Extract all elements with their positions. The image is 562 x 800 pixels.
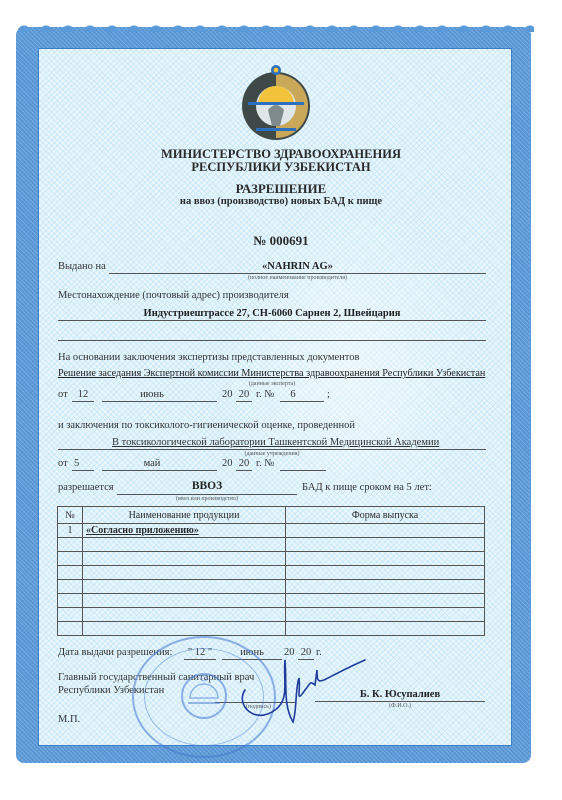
toxicology-label: и заключения по токсиколого-гигиеническо… bbox=[58, 420, 355, 431]
cell-number bbox=[58, 622, 83, 636]
toxicology-line bbox=[58, 449, 486, 450]
cell-number bbox=[58, 538, 83, 552]
expertise-caption: (данные эксперта) bbox=[58, 381, 486, 387]
cell-release-form bbox=[286, 594, 485, 608]
cell-release-form bbox=[286, 608, 485, 622]
expertise-month: июнь bbox=[102, 389, 202, 400]
cell-release-form bbox=[286, 538, 485, 552]
cell-product-name: «Согласно приложению» bbox=[83, 524, 286, 538]
toxicology-month-line bbox=[102, 470, 217, 471]
cell-release-form bbox=[286, 524, 485, 538]
toxicology-month: май bbox=[102, 458, 202, 469]
permission-caption: (ввоз или производство) bbox=[117, 496, 297, 502]
stamp-emblem-icon bbox=[176, 668, 232, 724]
expertise-month-line bbox=[102, 401, 217, 402]
products-table: № Наименование продукции Форма выпуска 1… bbox=[57, 506, 485, 636]
table-row: 1«Согласно приложению» bbox=[58, 524, 485, 538]
table-header-row: № Наименование продукции Форма выпуска bbox=[58, 507, 485, 524]
expertise-year: 20 bbox=[236, 389, 252, 400]
permission-label: разрешается bbox=[58, 482, 114, 493]
cell-number bbox=[58, 608, 83, 622]
issued-to-caption: (полное наименование производителя) bbox=[109, 275, 486, 281]
toxicology-year: 20 bbox=[236, 458, 252, 469]
cell-product-name bbox=[83, 580, 286, 594]
address-value: Индустриештрассе 27, CH-6060 Сарнен 2, Ш… bbox=[58, 308, 486, 319]
expertise-end: ; bbox=[327, 389, 330, 400]
cell-number bbox=[58, 594, 83, 608]
permission-value: ВВОЗ bbox=[117, 480, 297, 492]
expertise-day-line bbox=[72, 401, 94, 402]
expertise-value: Решение заседания Экспертной комиссии Ми… bbox=[58, 368, 485, 379]
ministry-name-line2: РЕСПУБЛИКИ УЗБЕКИСТАН bbox=[0, 160, 562, 175]
issued-to-value: «NAHRIN AG» bbox=[109, 261, 486, 272]
table-row bbox=[58, 608, 485, 622]
cell-number bbox=[58, 580, 83, 594]
toxicology-day-line bbox=[72, 470, 94, 471]
seal-label: М.П. bbox=[58, 714, 80, 725]
expertise-number: 6 bbox=[280, 389, 306, 400]
cell-number: 1 bbox=[58, 524, 83, 538]
permission-suffix: БАД к пище сроком на 5 лет: bbox=[302, 482, 432, 493]
expertise-number-label: г. № bbox=[256, 389, 274, 400]
address-label: Местонахождение (почтовый адрес) произво… bbox=[58, 290, 289, 301]
state-emblem-icon bbox=[234, 60, 318, 144]
table-row bbox=[58, 622, 485, 636]
column-header-number: № bbox=[58, 507, 83, 524]
cell-product-name bbox=[83, 622, 286, 636]
document-subtitle: на ввоз (производство) новых БАД к пище bbox=[0, 196, 562, 207]
expertise-date-prefix: от bbox=[58, 389, 68, 400]
cell-product-name bbox=[83, 552, 286, 566]
cell-product-name bbox=[83, 608, 286, 622]
cell-product-name bbox=[83, 538, 286, 552]
address-line bbox=[58, 320, 486, 321]
cell-release-form bbox=[286, 580, 485, 594]
cell-release-form bbox=[286, 552, 485, 566]
table-row bbox=[58, 594, 485, 608]
table-row bbox=[58, 552, 485, 566]
issued-to-line bbox=[109, 273, 486, 274]
toxicology-year-line bbox=[236, 470, 252, 471]
expertise-day: 12 bbox=[72, 389, 94, 400]
toxicology-day: 5 bbox=[74, 458, 79, 469]
issued-to-label: Выдано на bbox=[58, 261, 106, 272]
cell-release-form bbox=[286, 622, 485, 636]
toxicology-caption: (данные учреждения) bbox=[58, 451, 486, 457]
toxicology-year-prefix: 20 bbox=[222, 458, 233, 469]
cell-release-form bbox=[286, 566, 485, 580]
column-header-release-form: Форма выпуска bbox=[286, 507, 485, 524]
expertise-label: На основании заключения экспертизы предс… bbox=[58, 352, 359, 363]
toxicology-date-prefix: от bbox=[58, 458, 68, 469]
cell-number bbox=[58, 552, 83, 566]
table-row bbox=[58, 580, 485, 594]
cell-number bbox=[58, 566, 83, 580]
permission-line bbox=[117, 494, 297, 495]
expertise-year-line bbox=[236, 401, 252, 402]
table-row bbox=[58, 538, 485, 552]
document-title: РАЗРЕШЕНИЕ bbox=[0, 181, 562, 197]
signature-icon bbox=[235, 650, 385, 730]
document-number: № 000691 bbox=[0, 233, 562, 249]
address-line-2 bbox=[58, 340, 486, 341]
toxicology-number-line bbox=[280, 470, 326, 471]
toxicology-number-label: г. № bbox=[256, 458, 274, 469]
toxicology-value: В токсикологической лаборатории Ташкентс… bbox=[112, 437, 439, 448]
cell-product-name bbox=[83, 594, 286, 608]
column-header-product-name: Наименование продукции bbox=[83, 507, 286, 524]
expertise-number-line bbox=[280, 401, 324, 402]
table-row bbox=[58, 566, 485, 580]
cell-product-name bbox=[83, 566, 286, 580]
expertise-year-prefix: 20 bbox=[222, 389, 233, 400]
